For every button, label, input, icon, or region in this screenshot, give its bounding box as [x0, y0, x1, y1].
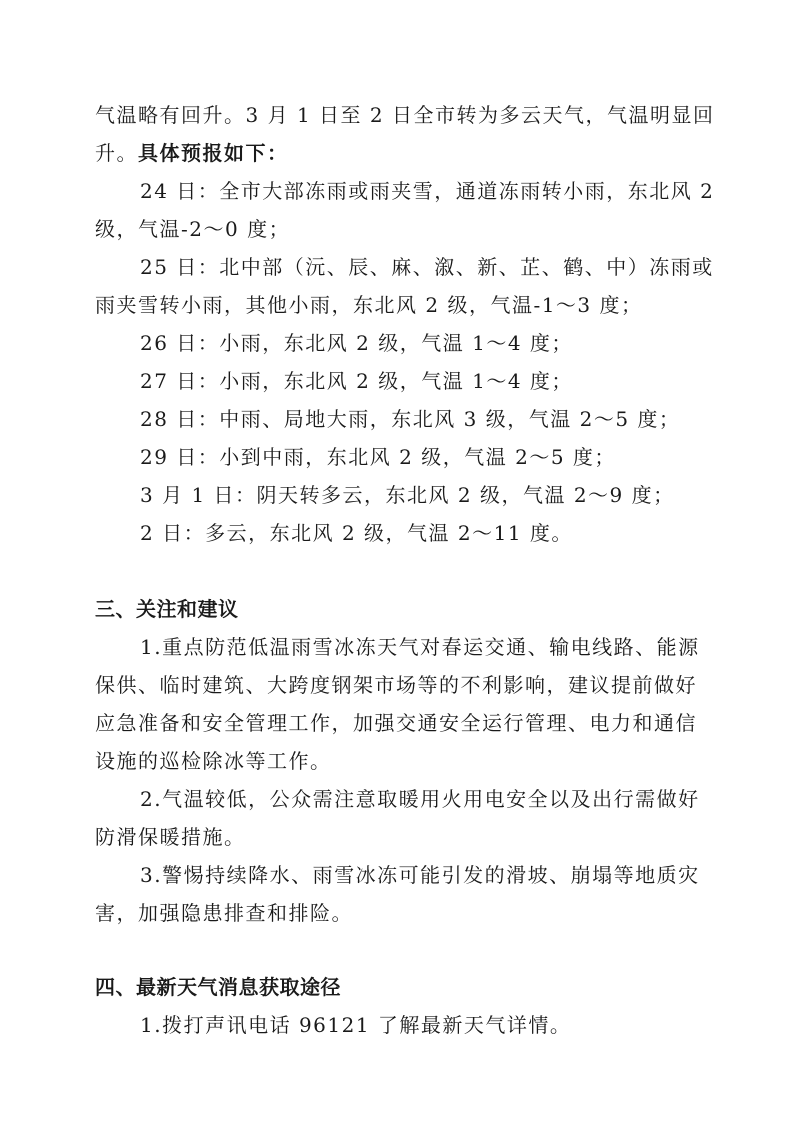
- advice-1-line-1: 1.重点防范低温雨雪冰冻天气对春运交通、输电线路、能源: [140, 635, 695, 659]
- forecast-24-line-2: 级，气温-2～0 度；: [95, 217, 695, 241]
- forecast-lead-in: 具体预报如下：: [138, 141, 289, 165]
- advice-1-line-4: 设施的巡检除冰等工作。: [95, 749, 695, 773]
- document-page: 气温略有回升。3 月 1 日至 2 日全市转为多云天气，气温明显回 升。具体预报…: [0, 0, 793, 1122]
- section-4-heading: 四、最新天气消息获取途径: [95, 975, 341, 999]
- advice-3-line-2: 害，加强隐患排查和排险。: [95, 901, 695, 925]
- forecast-mar-2: 2 日：多云，东北风 2 级，气温 2～11 度。: [140, 521, 695, 545]
- forecast-mar-1: 3 月 1 日：阴天转多云，东北风 2 级，气温 2～9 度；: [140, 483, 695, 507]
- advice-1-line-3: 应急准备和安全管理工作，加强交通安全运行管理、电力和通信: [95, 711, 695, 735]
- intro-line-1: 气温略有回升。3 月 1 日至 2 日全市转为多云天气，气温明显回: [95, 103, 695, 127]
- section-3-heading: 三、关注和建议: [95, 597, 239, 621]
- advice-3-line-1: 3.警惕持续降水、雨雪冰冻可能引发的滑坡、崩塌等地质灾: [140, 863, 695, 887]
- forecast-25-line-2: 雨夹雪转小雨，其他小雨，东北风 2 级，气温-1～3 度；: [95, 293, 695, 317]
- info-channel-1: 1.拨打声讯电话 96121 了解最新天气详情。: [140, 1013, 695, 1037]
- forecast-26: 26 日：小雨，东北风 2 级，气温 1～4 度；: [140, 331, 695, 355]
- forecast-28: 28 日：中雨、局地大雨，东北风 3 级，气温 2～5 度；: [140, 407, 695, 431]
- forecast-29: 29 日：小到中雨，东北风 2 级，气温 2～5 度；: [140, 445, 695, 469]
- advice-2-line-2: 防滑保暖措施。: [95, 825, 695, 849]
- forecast-27: 27 日：小雨，东北风 2 级，气温 1～4 度；: [140, 369, 695, 393]
- forecast-24-line-1: 24 日：全市大部冻雨或雨夹雪，通道冻雨转小雨，东北风 2: [140, 179, 695, 203]
- advice-2-line-1: 2.气温较低，公众需注意取暖用火用电安全以及出行需做好: [140, 787, 695, 811]
- intro-line-2: 升。具体预报如下：: [95, 141, 695, 165]
- forecast-25-line-1: 25 日：北中部（沅、辰、麻、溆、新、芷、鹤、中）冻雨或: [140, 255, 695, 279]
- intro-text: 升。: [95, 141, 138, 165]
- advice-1-line-2: 保供、临时建筑、大跨度钢架市场等的不利影响，建议提前做好: [95, 673, 695, 697]
